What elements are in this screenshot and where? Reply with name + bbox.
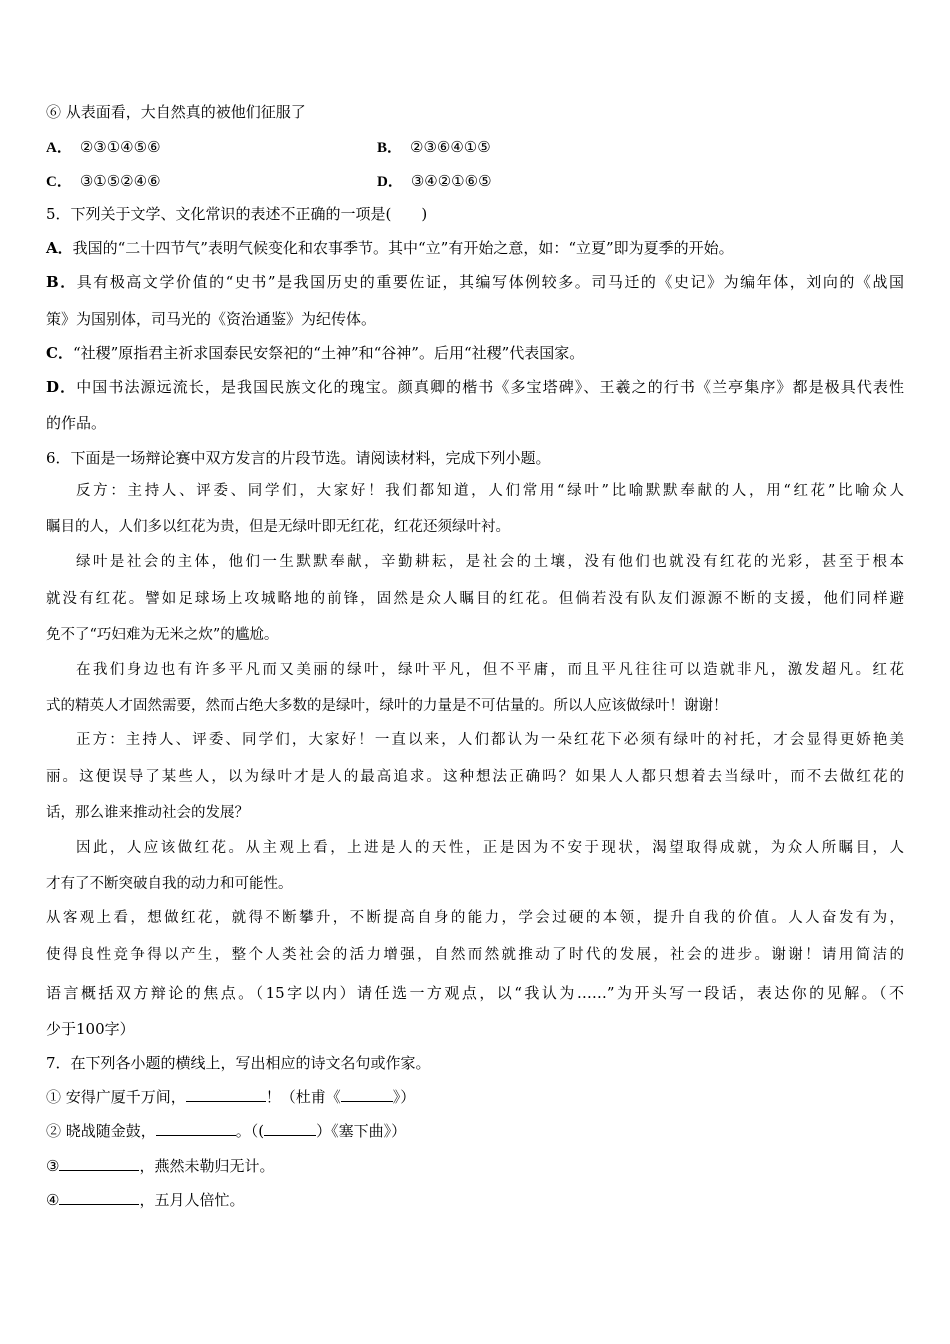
option-text: 具有极高文学价值的“史书”是我国历史的重要佐证，其编写体例较多。司马迁的《史记》… xyxy=(77,273,904,291)
option-label: B． xyxy=(377,140,402,156)
item-suffix: ，燕然未勒归无计。 xyxy=(139,1157,274,1175)
answer-blank[interactable] xyxy=(186,1087,266,1102)
debate-line: 丽。这便误导了某些人，以为绿叶才是人的最高追求。这种想法正确吗？如果人人都只想着… xyxy=(46,767,904,787)
q5-option-d: D．中国书法源远流长，是我国民族文化的瑰宝。颜真卿的楷书《多宝塔碑》、王羲之的行… xyxy=(46,377,904,397)
q6-stem: 6．下面是一场辩论赛中双方发言的片段节选。请阅读材料，完成下列小题。 xyxy=(46,448,551,468)
debate-line: 少于100字） xyxy=(46,1019,135,1039)
q4-option-b: B．②③⑥④①⑤ xyxy=(377,137,491,158)
option-text: ③④②①⑥⑤ xyxy=(411,172,492,190)
q5-option-d-cont: 的作品。 xyxy=(46,413,106,433)
option-text: “社稷”原指君主祈求国泰民安祭祀的“土神”和“谷神”。后用“社稷”代表国家。 xyxy=(73,344,584,362)
q7-item-3: ③，燕然未勒归无计。 xyxy=(46,1156,274,1176)
q5-option-b-cont: 策》为国别体，司马光的《资治通鉴》为纪传体。 xyxy=(46,309,376,329)
answer-blank[interactable] xyxy=(59,1156,139,1171)
item-prefix: ④ xyxy=(46,1191,59,1209)
debate-line: 使得良性竞争得以产生，整个人类社会的活力增强，自然而然就推动了时代的发展，社会的… xyxy=(46,945,904,965)
q4-option-c: C．③①⑤②④⑥ xyxy=(46,171,161,192)
q5-stem: 5．下列关于文学、文化常识的表述不正确的一项是( ) xyxy=(46,204,427,224)
q7-item-4: ④，五月人倍忙。 xyxy=(46,1190,244,1210)
answer-blank[interactable] xyxy=(156,1121,236,1136)
debate-line: 话，那么谁来推动社会的发展？ xyxy=(46,803,249,823)
q4-item-6: ⑥ 从表面看，大自然真的被他们征服了 xyxy=(46,102,306,122)
debate-line: 反方：主持人、评委、同学们，大家好！我们都知道，人们常用“绿叶”比喻默默奉献的人… xyxy=(46,481,904,501)
option-label: A． xyxy=(46,239,73,257)
q5-option-a: A．我国的“二十四节气”表明气候变化和农事季节。其中“立”有开始之意，如：“立夏… xyxy=(46,238,734,258)
debate-line: 才有了不断突破自我的动力和可能性。 xyxy=(46,874,293,894)
debate-line: 就没有红花。譬如足球场上攻城略地的前锋，固然是众人瞩目的红花。但倘若没有队友们源… xyxy=(46,589,904,609)
option-text: 中国书法源远流长，是我国民族文化的瑰宝。颜真卿的楷书《多宝塔碑》、王羲之的行书《… xyxy=(76,378,904,396)
answer-blank[interactable] xyxy=(264,1121,316,1136)
item-prefix: ② 晓战随金鼓， xyxy=(46,1122,156,1140)
debate-line: 在我们身边也有许多平凡而又美丽的绿叶，绿叶平凡，但不平庸，而且平凡往往可以造就非… xyxy=(46,660,904,680)
option-label: B． xyxy=(46,273,77,291)
option-label: C． xyxy=(46,344,73,362)
q7-item-1: ① 安得广厦千万间，！（杜甫《》） xyxy=(46,1087,415,1107)
option-text: ②③①④⑤⑥ xyxy=(80,138,161,156)
item-prefix: ③ xyxy=(46,1157,59,1175)
item-suffix: ）《塞下曲》） xyxy=(316,1122,406,1140)
option-text: ③①⑤②④⑥ xyxy=(80,172,161,190)
q5-option-b: B．具有极高文学价值的“史书”是我国历史的重要佐证，其编写体例较多。司马迁的《史… xyxy=(46,272,904,292)
option-label: A． xyxy=(46,140,72,156)
debate-line: 瞩目的人，人们多以红花为贵，但是无绿叶即无红花，红花还须绿叶衬。 xyxy=(46,517,510,537)
option-text: 我国的“二十四节气”表明气候变化和农事季节。其中“立”有开始之意，如：“立夏”即… xyxy=(73,239,734,257)
option-label: D． xyxy=(46,378,76,396)
q4-option-d: D．③④②①⑥⑤ xyxy=(377,171,492,192)
q5-option-c: C．“社稷”原指君主祈求国泰民安祭祀的“土神”和“谷神”。后用“社稷”代表国家。 xyxy=(46,343,584,363)
debate-line: 绿叶是社会的主体，他们一生默默奉献，辛勤耕耘，是社会的土壤，没有他们也就没有红花… xyxy=(46,552,904,572)
debate-line: 因此，人应该做红花。从主观上看，上进是人的天性，正是因为不安于现状，渴望取得成就… xyxy=(46,838,904,858)
debate-line: 免不了“巧妇难为无米之炊”的尴尬。 xyxy=(46,625,278,645)
q4-option-a: A．②③①④⑤⑥ xyxy=(46,137,161,158)
option-label: D． xyxy=(377,174,403,190)
debate-line: 从客观上看，想做红花，就得不断攀升，不断提高自身的能力，学会过硬的本领，提升自我… xyxy=(46,908,904,928)
debate-line: 式的精英人才固然需要，然而占绝大多数的是绿叶，绿叶的力量是不可估量的。所以人应该… xyxy=(46,696,728,716)
item-suffix: ，五月人倍忙。 xyxy=(139,1191,244,1209)
item-prefix: ① 安得广厦千万间， xyxy=(46,1088,186,1106)
item-mid: 。（( xyxy=(236,1122,264,1140)
item-suffix: 》） xyxy=(393,1088,416,1106)
debate-line: 正方：主持人、评委、同学们，大家好！一直以来，人们都认为一朵红花下必须有绿叶的衬… xyxy=(46,730,904,750)
answer-blank[interactable] xyxy=(341,1087,393,1102)
debate-line: 语言概括双方辩论的焦点。（15字以内）请任选一方观点，以“我认为……”为开头写一… xyxy=(46,983,904,1003)
item-mid: ！（杜甫《 xyxy=(266,1088,341,1106)
option-label: C． xyxy=(46,174,72,190)
option-text: ②③⑥④①⑤ xyxy=(410,138,491,156)
answer-blank[interactable] xyxy=(59,1190,139,1205)
q7-item-2: ② 晓战随金鼓，。（(）《塞下曲》） xyxy=(46,1121,406,1141)
q7-stem: 7．在下列各小题的横线上，写出相应的诗文名句或作家。 xyxy=(46,1053,431,1073)
